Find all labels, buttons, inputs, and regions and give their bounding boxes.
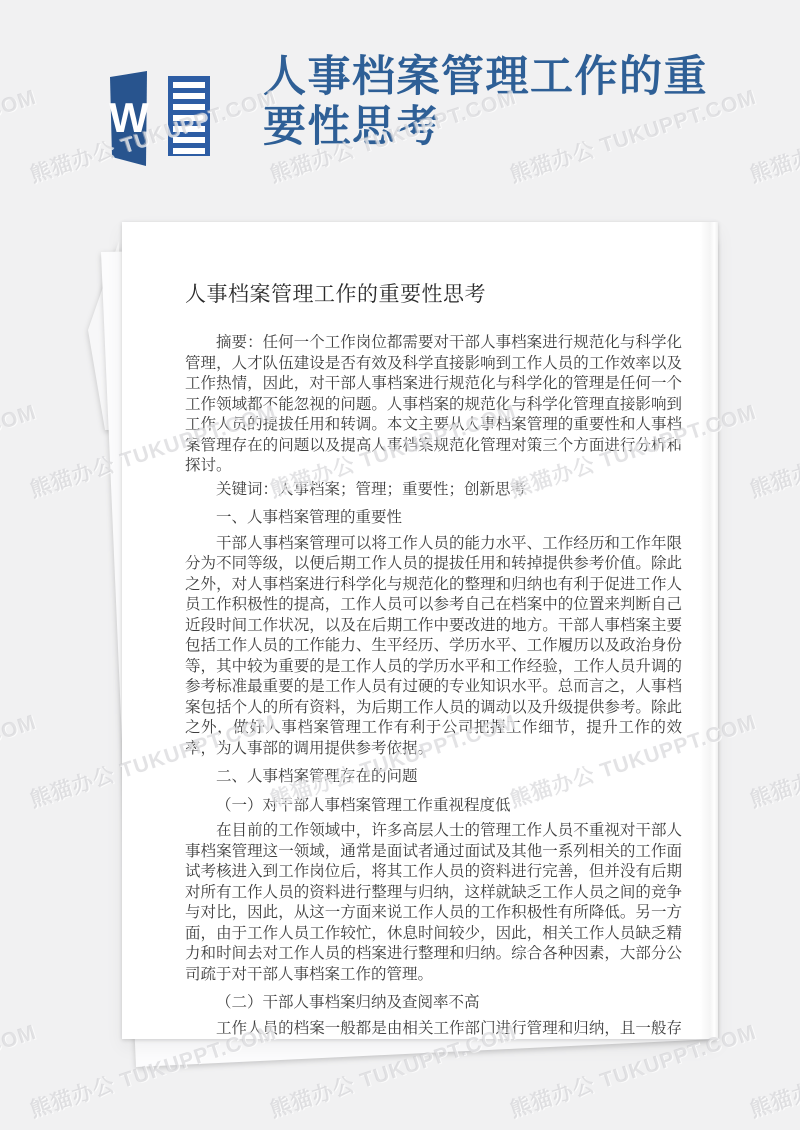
word-icon: W — [108, 68, 212, 168]
word-icon-letter: W — [109, 94, 149, 141]
section-1-paragraph: 干部人事档案管理可以将工作人员的能力水平、工作经历和工作年限分为不同等级，以便后… — [185, 533, 682, 759]
preview-title-line2: 要性思考 — [263, 102, 743, 152]
watermark-text: 熊猫办公 TUKUPPT.COM — [0, 706, 40, 814]
document-preview-canvas: W 人事档案管理工作的重 要性思考 人事档案管理工作的重要性思考 摘要：任何一个… — [0, 0, 800, 1130]
document-body: 摘要：任何一个工作岗位都需要对干部人事档案进行规范化与科学化管理，人才队伍建设是… — [185, 332, 682, 1039]
header: W 人事档案管理工作的重 要性思考 — [0, 0, 800, 222]
section-2-sub-2-paragraph: 工作人员的档案一般都是由相关工作部门进行管理和归纳，且一般存档于公司总部，因此造… — [185, 1018, 682, 1040]
watermark-text: 熊猫办公 TUKUPPT.COM — [0, 396, 40, 504]
keywords-line: 关键词：人事档案；管理；重要性；创新思考 — [185, 479, 682, 500]
section-2-heading: 二、人事档案管理存在的问题 — [185, 766, 682, 787]
document-page: 人事档案管理工作的重要性思考 摘要：任何一个工作岗位都需要对干部人事档案进行规范… — [122, 222, 718, 1039]
abstract-paragraph: 摘要：任何一个工作岗位都需要对干部人事档案进行规范化与科学化管理，人才队伍建设是… — [185, 332, 682, 476]
document-title: 人事档案管理工作的重要性思考 — [185, 278, 682, 308]
section-2-sub-1-heading: （一）对干部人事档案管理工作重视程度低 — [185, 795, 682, 816]
preview-title-line1: 人事档案管理工作的重 — [263, 52, 743, 102]
watermark-text: 熊猫办公 TUKUPPT.COM — [746, 396, 800, 504]
watermark-text: 熊猫办公 TUKUPPT.COM — [746, 706, 800, 814]
section-1-heading: 一、人事档案管理的重要性 — [185, 507, 682, 528]
watermark-text: 熊猫办公 TUKUPPT.COM — [0, 1016, 40, 1124]
section-2-sub-1-paragraph: 在目前的工作领域中，许多高层人士的管理工作人员不重视对干部人事档案管理这一领域，… — [185, 820, 682, 984]
section-2-sub-2-heading: （二）干部人事档案归纳及查阅率不高 — [185, 992, 682, 1013]
preview-title: 人事档案管理工作的重 要性思考 — [263, 52, 743, 152]
watermark-text: 熊猫办公 TUKUPPT.COM — [746, 1016, 800, 1124]
